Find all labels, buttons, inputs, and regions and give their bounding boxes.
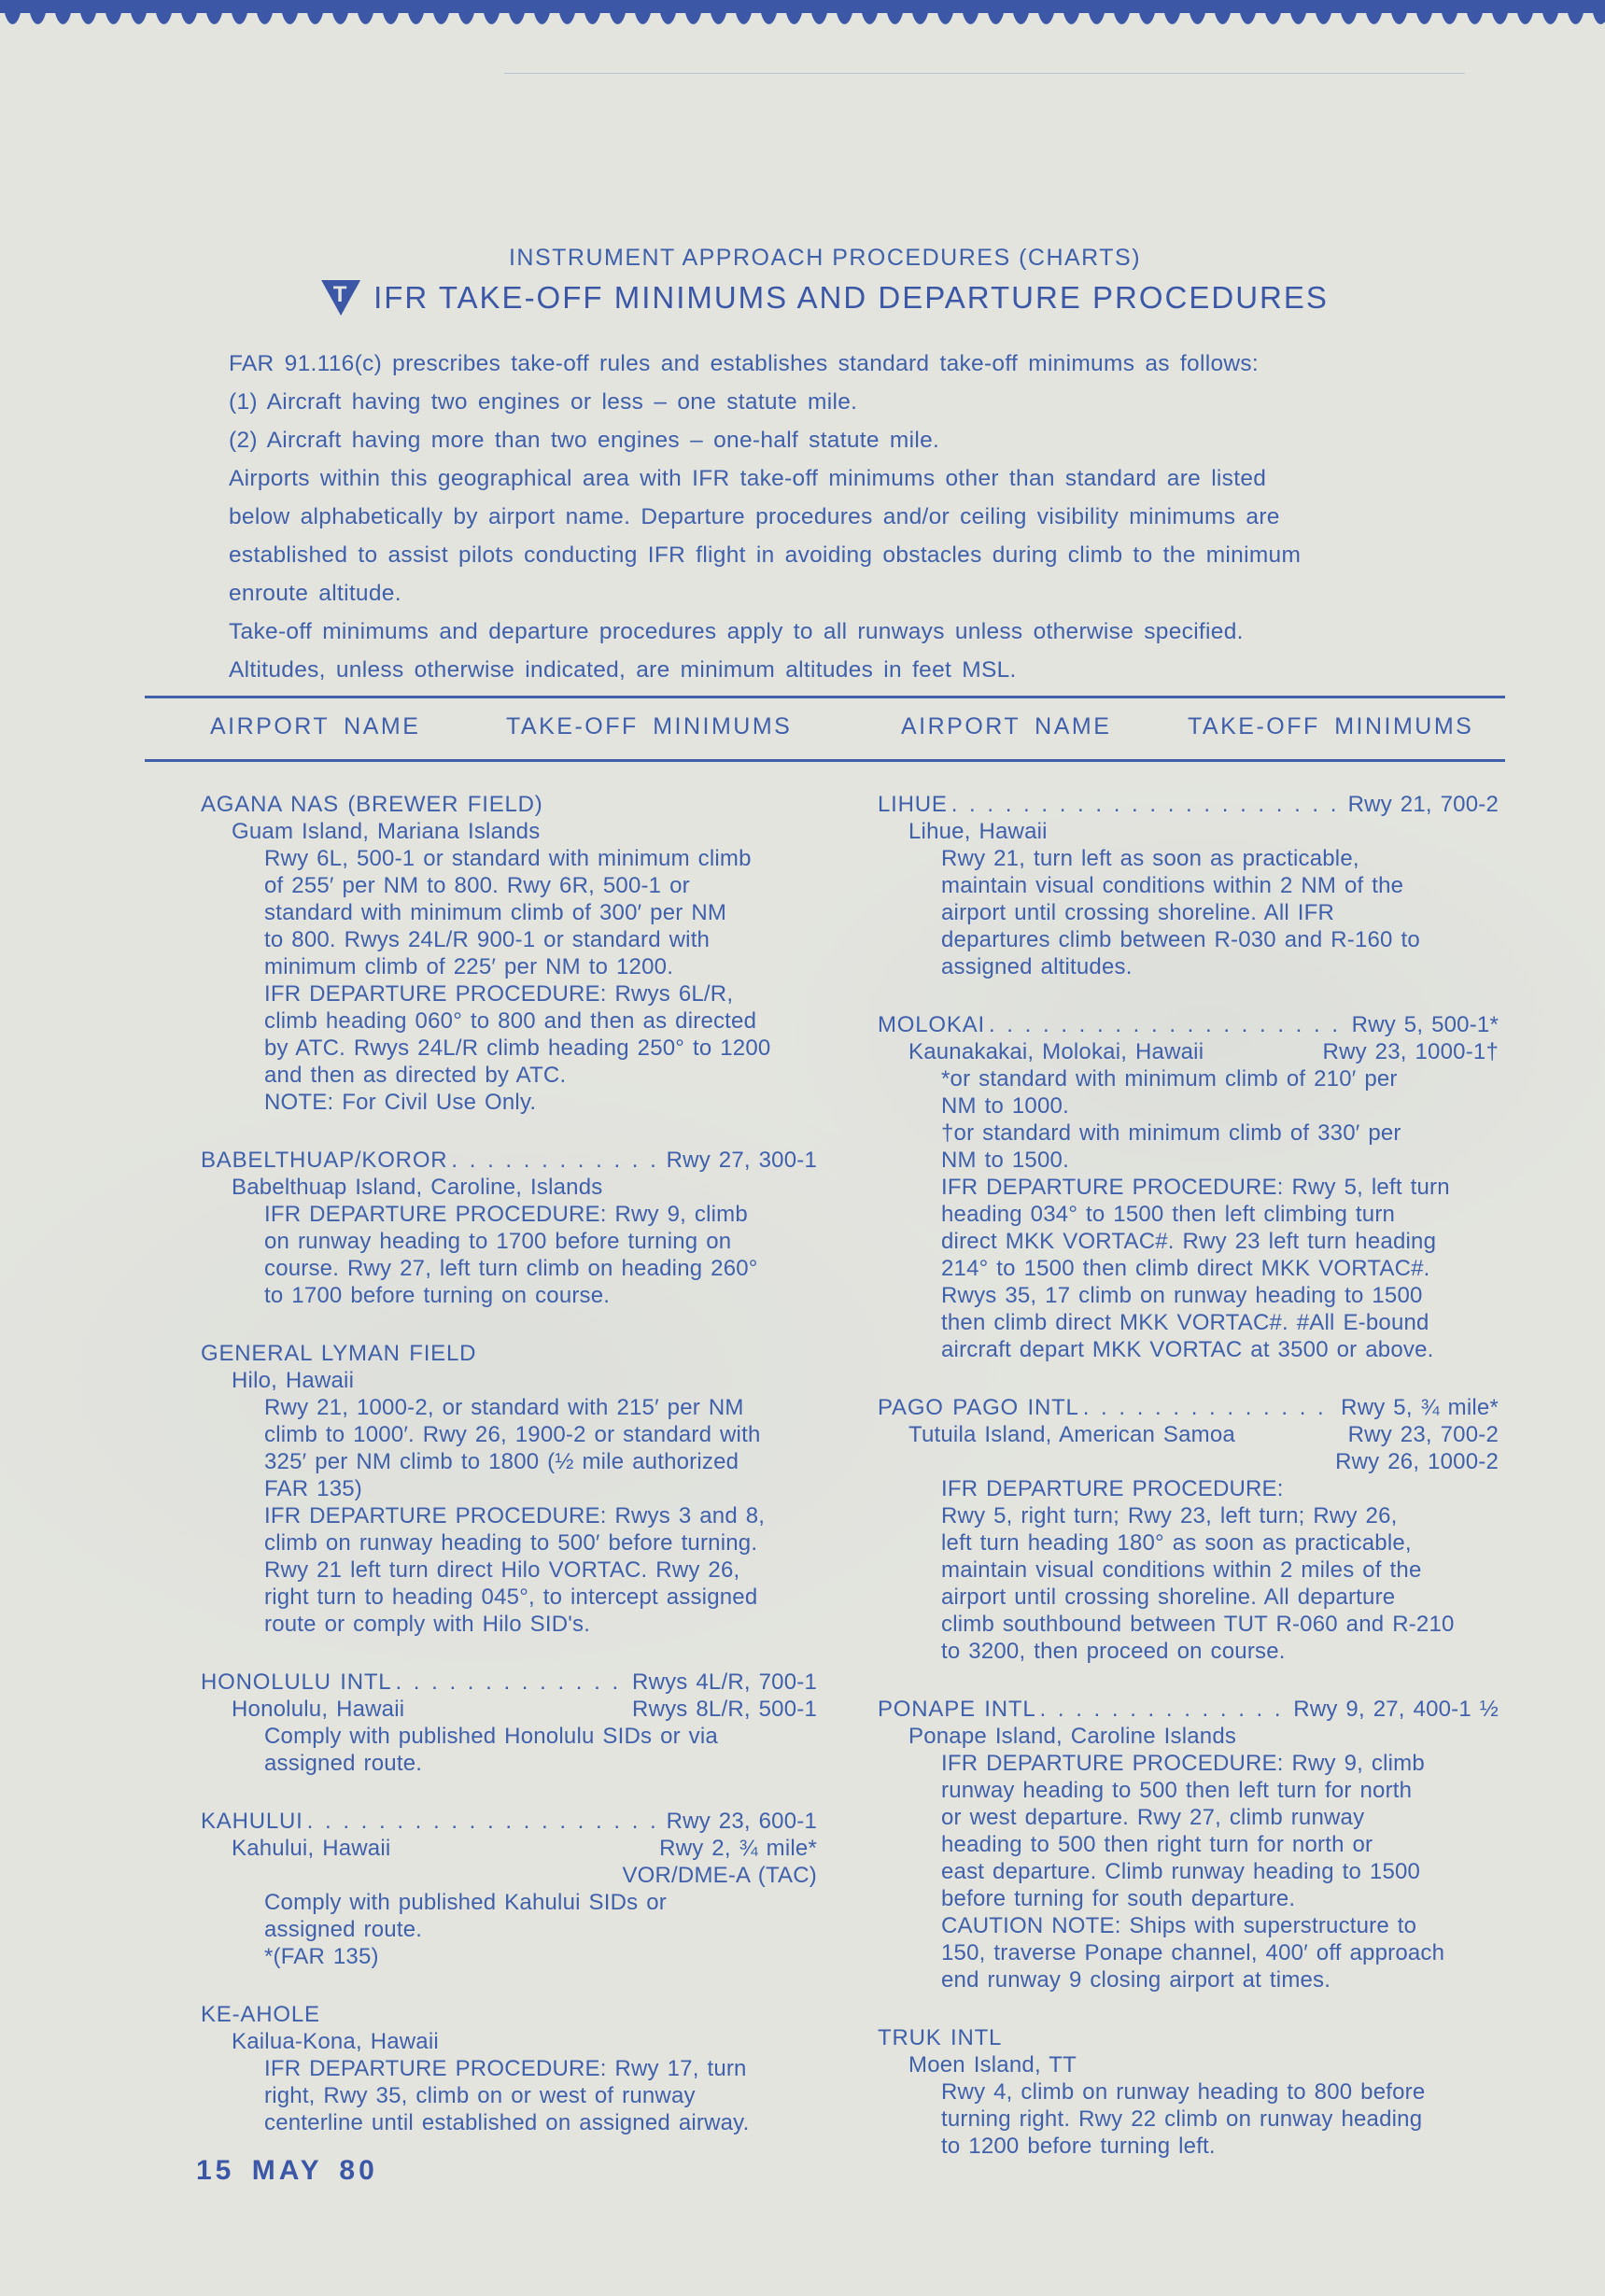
procedure-line: to 1700 before turning on course. — [201, 1282, 817, 1309]
takeoff-minimum: Rwy 21, 700-2 — [1348, 791, 1499, 818]
takeoff-minimum: Rwys 4L/R, 700-1 — [632, 1669, 817, 1696]
effective-date: 15 MAY 80 — [196, 2155, 378, 2187]
procedure-line: centerline until established on assigned… — [201, 2109, 817, 2136]
procedure-line: end runway 9 closing airport at times. — [878, 1966, 1499, 1993]
airport-entry: PONAPE INTLRwy 9, 27, 400-1 ½Ponape Isla… — [878, 1696, 1499, 1993]
procedure-line: before turning for south departure. — [878, 1885, 1499, 1912]
procedure-line: departures climb between R-030 and R-160… — [878, 926, 1499, 953]
procedure-line: minimum climb of 225′ per NM to 1200. — [201, 953, 817, 980]
airport-name: PAGO PAGO INTL — [878, 1394, 1079, 1421]
airport-name: PONAPE INTL — [878, 1696, 1036, 1723]
airport-name-row: HONOLULU INTLRwys 4L/R, 700-1 — [201, 1669, 817, 1696]
procedure-line: airport until crossing shoreline. All IF… — [878, 899, 1499, 926]
airport-entry: AGANA NAS (BREWER FIELD)Guam Island, Mar… — [201, 791, 817, 1116]
airport-location: Moen Island, TT — [908, 2051, 1077, 2078]
procedure-line: maintain visual conditions within 2 NM o… — [878, 872, 1499, 899]
header-rule-top — [145, 696, 1505, 698]
procedure-line: CAUTION NOTE: Ships with superstructure … — [878, 1912, 1499, 1939]
airport-name-row: PAGO PAGO INTLRwy 5, ¾ mile* — [878, 1394, 1499, 1421]
page-title: T IFR TAKE-OFF MINIMUMS AND DEPARTURE PR… — [145, 280, 1505, 316]
takeoff-minimum: Rwy 9, 27, 400-1 ½ — [1293, 1696, 1499, 1723]
airport-name-row: KE-AHOLE — [201, 2001, 817, 2028]
airport-name: TRUK INTL — [878, 2024, 1002, 2051]
airport-entry: HONOLULU INTLRwys 4L/R, 700-1Honolulu, H… — [201, 1669, 817, 1777]
procedure-line: course. Rwy 27, left turn climb on headi… — [201, 1255, 817, 1282]
airport-entry: MOLOKAIRwy 5, 500-1*Kaunakakai, Molokai,… — [878, 1011, 1499, 1363]
dot-leader — [307, 1808, 663, 1835]
procedure-line: assigned route. — [201, 1916, 817, 1943]
column-header-airport-name-left: AIRPORT NAME — [210, 713, 420, 740]
airport-name: AGANA NAS (BREWER FIELD) — [201, 791, 543, 818]
airport-location-row: Hilo, Hawaii — [201, 1367, 817, 1394]
procedure-line: aircraft depart MKK VORTAC at 3500 or ab… — [878, 1336, 1499, 1363]
page-title-text: IFR TAKE-OFF MINIMUMS AND DEPARTURE PROC… — [373, 280, 1329, 316]
procedure-line: 214° to 1500 then climb direct MKK VORTA… — [878, 1255, 1499, 1282]
airport-name-row: KAHULUIRwy 23, 600-1 — [201, 1808, 817, 1835]
procedure-line: Comply with published Kahului SIDs or — [201, 1889, 817, 1916]
procedure-line: assigned altitudes. — [878, 953, 1499, 980]
procedure-line: maintain visual conditions within 2 mile… — [878, 1556, 1499, 1584]
header-rule-bottom — [145, 759, 1505, 762]
column-right: LIHUERwy 21, 700-2Lihue, HawaiiRwy 21, t… — [878, 791, 1499, 2190]
airport-entry: KAHULUIRwy 23, 600-1Kahului, HawaiiRwy 2… — [201, 1808, 817, 1970]
procedure-line: runway heading to 500 then left turn for… — [878, 1777, 1499, 1804]
takeoff-minimum: Rwys 8L/R, 500-1 — [632, 1696, 817, 1723]
procedure-line: †or standard with minimum climb of 330′ … — [878, 1120, 1499, 1147]
intro-line: (1) Aircraft having two engines or less … — [229, 383, 1493, 421]
procedure-line: IFR DEPARTURE PROCEDURE: Rwys 3 and 8, — [201, 1502, 817, 1529]
column-header-airport-name-right: AIRPORT NAME — [901, 713, 1111, 740]
airport-location-row: Kailua-Kona, Hawaii — [201, 2028, 817, 2055]
procedure-line: Rwy 21, turn left as soon as practicable… — [878, 845, 1499, 872]
procedure-line: turning right. Rwy 22 climb on runway he… — [878, 2106, 1499, 2133]
procedure-line: route or comply with Hilo SID's. — [201, 1611, 817, 1638]
airport-name: KAHULUI — [201, 1808, 303, 1835]
scanned-document-page: INSTRUMENT APPROACH PROCEDURES (CHARTS) … — [0, 0, 1605, 2296]
dot-leader — [989, 1011, 1348, 1038]
airport-entry: GENERAL LYMAN FIELDHilo, HawaiiRwy 21, 1… — [201, 1340, 817, 1638]
procedure-line: NM to 1000. — [878, 1092, 1499, 1120]
airport-location: Kahului, Hawaii — [232, 1835, 390, 1862]
procedure-line: to 3200, then proceed on course. — [878, 1638, 1499, 1665]
column-left: AGANA NAS (BREWER FIELD)Guam Island, Mar… — [201, 791, 817, 2190]
airport-entry: LIHUERwy 21, 700-2Lihue, HawaiiRwy 21, t… — [878, 791, 1499, 980]
takeoff-minimum: Rwy 5, ¾ mile* — [1341, 1394, 1499, 1421]
airport-name-row: AGANA NAS (BREWER FIELD) — [201, 791, 817, 818]
procedure-line: then climb direct MKK VORTAC#. #All E-bo… — [878, 1309, 1499, 1336]
airport-name-row: PONAPE INTLRwy 9, 27, 400-1 ½ — [878, 1696, 1499, 1723]
takeoff-minimum: Rwy 23, 600-1 — [667, 1808, 817, 1835]
procedure-line: NOTE: For Civil Use Only. — [201, 1089, 817, 1116]
airport-entry: PAGO PAGO INTLRwy 5, ¾ mile*Tutuila Isla… — [878, 1394, 1499, 1665]
airport-name: MOLOKAI — [878, 1011, 985, 1038]
takeoff-minimum: Rwy 27, 300-1 — [667, 1147, 817, 1174]
procedure-line: to 1200 before turning left. — [878, 2133, 1499, 2160]
procedure-line: Rwy 4, climb on runway heading to 800 be… — [878, 2078, 1499, 2106]
takeoff-minimum: Rwy 2, ¾ mile* — [659, 1835, 817, 1862]
procedure-line: direct MKK VORTAC#. Rwy 23 left turn hea… — [878, 1228, 1499, 1255]
procedure-line: *(FAR 135) — [201, 1943, 817, 1970]
airport-location-row: Kahului, HawaiiRwy 2, ¾ mile* — [201, 1835, 817, 1862]
airport-location-row: Guam Island, Mariana Islands — [201, 818, 817, 845]
airport-location: Tutuila Island, American Samoa — [908, 1421, 1235, 1448]
procedure-line: climb on runway heading to 500′ before t… — [201, 1529, 817, 1556]
procedure-line: right, Rwy 35, climb on or west of runwa… — [201, 2082, 817, 2109]
takeoff-minimum: VOR/DME-A (TAC) — [201, 1862, 817, 1889]
airport-listing: AGANA NAS (BREWER FIELD)Guam Island, Mar… — [201, 791, 1499, 2190]
airport-location-row: Ponape Island, Caroline Islands — [878, 1723, 1499, 1750]
procedure-line: Rwys 35, 17 climb on runway heading to 1… — [878, 1282, 1499, 1309]
airport-location: Lihue, Hawaii — [908, 818, 1048, 845]
procedure-line: 150, traverse Ponape channel, 400′ off a… — [878, 1939, 1499, 1966]
airport-name-row: LIHUERwy 21, 700-2 — [878, 791, 1499, 818]
takeoff-minimum: Rwy 23, 1000-1† — [1323, 1038, 1499, 1065]
airport-location: Guam Island, Mariana Islands — [232, 818, 540, 845]
procedure-line: Rwy 6L, 500-1 or standard with minimum c… — [201, 845, 817, 872]
intro-line: enroute altitude. — [229, 574, 1493, 613]
procedure-line: IFR DEPARTURE PROCEDURE: Rwy 5, left tur… — [878, 1174, 1499, 1201]
column-header-takeoff-minimums-left: TAKE-OFF MINIMUMS — [506, 713, 792, 740]
airport-location-row: Moen Island, TT — [878, 2051, 1499, 2078]
airport-name: BABELTHUAP/KOROR — [201, 1147, 447, 1174]
airport-name: LIHUE — [878, 791, 948, 818]
takeoff-minimum: Rwy 5, 500-1* — [1352, 1011, 1499, 1038]
procedure-line: of 255′ per NM to 800. Rwy 6R, 500-1 or — [201, 872, 817, 899]
dot-leader — [451, 1147, 662, 1174]
airport-location-row: Lihue, Hawaii — [878, 818, 1499, 845]
airport-location: Kailua-Kona, Hawaii — [232, 2028, 439, 2055]
intro-line: Altitudes, unless otherwise indicated, a… — [229, 651, 1493, 689]
airport-location: Kaunakakai, Molokai, Hawaii — [908, 1038, 1204, 1065]
airport-location: Ponape Island, Caroline Islands — [908, 1723, 1236, 1750]
airport-name-row: GENERAL LYMAN FIELD — [201, 1340, 817, 1367]
takeoff-minimum: Rwy 26, 1000-2 — [878, 1448, 1499, 1475]
procedure-line: 325′ per NM climb to 1800 (½ mile author… — [201, 1448, 817, 1475]
procedure-line: and then as directed by ATC. — [201, 1062, 817, 1089]
procedure-line: Rwy 21, 1000-2, or standard with 215′ pe… — [201, 1394, 817, 1421]
airport-name: GENERAL LYMAN FIELD — [201, 1340, 476, 1367]
procedure-line: climb heading 060° to 800 and then as di… — [201, 1007, 817, 1035]
procedure-line: Comply with published Honolulu SIDs or v… — [201, 1723, 817, 1750]
airport-location-row: Kaunakakai, Molokai, HawaiiRwy 23, 1000-… — [878, 1038, 1499, 1065]
airport-location: Honolulu, Hawaii — [232, 1696, 404, 1723]
procedure-line: assigned route. — [201, 1750, 817, 1777]
airport-location-row: Tutuila Island, American SamoaRwy 23, 70… — [878, 1421, 1499, 1448]
procedure-line: climb to 1000′. Rwy 26, 1900-2 or standa… — [201, 1421, 817, 1448]
intro-line: (2) Aircraft having more than two engine… — [229, 421, 1493, 459]
procedure-line: IFR DEPARTURE PROCEDURE: Rwy 17, turn — [201, 2055, 817, 2082]
procedure-line: FAR 135) — [201, 1475, 817, 1502]
airport-name: KE-AHOLE — [201, 2001, 320, 2028]
intro-line: Take-off minimums and departure procedur… — [229, 613, 1493, 651]
airport-entry: KE-AHOLEKailua-Kona, HawaiiIFR DEPARTURE… — [201, 2001, 817, 2136]
procedure-line: right turn to heading 045°, to intercept… — [201, 1584, 817, 1611]
dot-leader — [1040, 1696, 1290, 1723]
scan-artifact-line — [504, 73, 1465, 74]
procedure-line: on runway heading to 1700 before turning… — [201, 1228, 817, 1255]
intro-paragraph: FAR 91.116(c) prescribes take-off rules … — [229, 345, 1493, 689]
procedure-line: left turn heading 180° as soon as practi… — [878, 1529, 1499, 1556]
procedure-line: Rwy 21 left turn direct Hilo VORTAC. Rwy… — [201, 1556, 817, 1584]
procedure-line: IFR DEPARTURE PROCEDURE: Rwy 9, climb — [878, 1750, 1499, 1777]
procedure-line: IFR DEPARTURE PROCEDURE: — [878, 1475, 1499, 1502]
column-header-takeoff-minimums-right: TAKE-OFF MINIMUMS — [1188, 713, 1473, 740]
document-kicker: INSTRUMENT APPROACH PROCEDURES (CHARTS) — [145, 245, 1505, 272]
airport-name-row: TRUK INTL — [878, 2024, 1499, 2051]
procedure-line: IFR DEPARTURE PROCEDURE: Rwys 6L/R, — [201, 980, 817, 1007]
procedure-line: IFR DEPARTURE PROCEDURE: Rwy 9, climb — [201, 1201, 817, 1228]
triangle-icon-letter: T — [333, 284, 349, 306]
binder-edge-decoration — [0, 0, 1605, 47]
procedure-line: *or standard with minimum climb of 210′ … — [878, 1065, 1499, 1092]
procedure-line: east departure. Climb runway heading to … — [878, 1858, 1499, 1885]
airport-location: Hilo, Hawaii — [232, 1367, 354, 1394]
dot-leader — [1083, 1394, 1337, 1421]
procedure-line: climb southbound between TUT R-060 and R… — [878, 1611, 1499, 1638]
takeoff-minimums-triangle-icon: T — [321, 280, 360, 316]
intro-line: FAR 91.116(c) prescribes take-off rules … — [229, 345, 1493, 383]
intro-line: Airports within this geographical area w… — [229, 459, 1493, 498]
airport-location-row: Honolulu, HawaiiRwys 8L/R, 500-1 — [201, 1696, 817, 1723]
airport-location-row: Babelthuap Island, Caroline, Islands — [201, 1174, 817, 1201]
procedure-line: by ATC. Rwys 24L/R climb heading 250° to… — [201, 1035, 817, 1062]
airport-name-row: MOLOKAIRwy 5, 500-1* — [878, 1011, 1499, 1038]
procedure-line: to 800. Rwys 24L/R 900-1 or standard wit… — [201, 926, 817, 953]
airport-entry: BABELTHUAP/KORORRwy 27, 300-1Babelthuap … — [201, 1147, 817, 1309]
airport-location: Babelthuap Island, Caroline, Islands — [232, 1174, 602, 1201]
airport-name: HONOLULU INTL — [201, 1669, 391, 1696]
procedure-line: Rwy 5, right turn; Rwy 23, left turn; Rw… — [878, 1502, 1499, 1529]
procedure-line: or west departure. Rwy 27, climb runway — [878, 1804, 1499, 1831]
dot-leader — [951, 791, 1345, 818]
procedure-line: heading to 500 then right turn for north… — [878, 1831, 1499, 1858]
dot-leader — [395, 1669, 628, 1696]
airport-entry: TRUK INTLMoen Island, TTRwy 4, climb on … — [878, 2024, 1499, 2160]
procedure-line: airport until crossing shoreline. All de… — [878, 1584, 1499, 1611]
procedure-line: NM to 1500. — [878, 1147, 1499, 1174]
procedure-line: heading 034° to 1500 then left climbing … — [878, 1201, 1499, 1228]
airport-name-row: BABELTHUAP/KORORRwy 27, 300-1 — [201, 1147, 817, 1174]
intro-line: below alphabetically by airport name. De… — [229, 498, 1493, 536]
takeoff-minimum: Rwy 23, 700-2 — [1348, 1421, 1499, 1448]
procedure-line: standard with minimum climb of 300′ per … — [201, 899, 817, 926]
intro-line: established to assist pilots conducting … — [229, 536, 1493, 574]
